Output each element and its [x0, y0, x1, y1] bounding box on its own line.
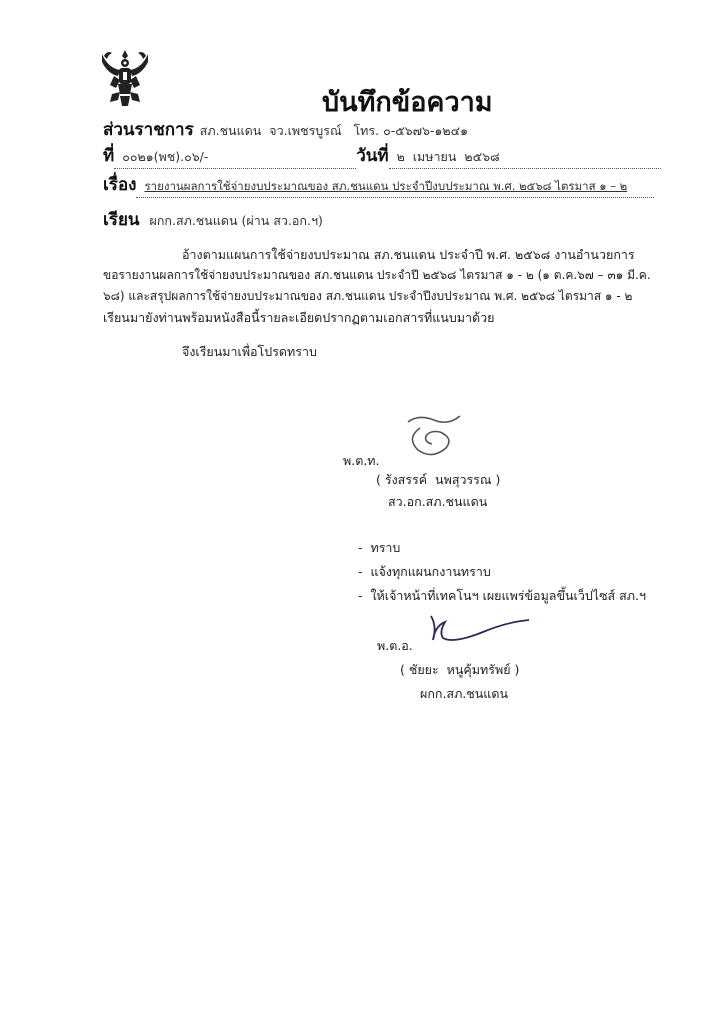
closing-text: จึงเรียนมาเพื่อโปรดทราบ — [182, 341, 317, 362]
to-row: เรียน ผกก.สภ.ชนแดน (ผ่าน สว.อก.ฯ) — [103, 206, 323, 233]
ref-date-row: ที่ ๐๐๒๑(พช).๐๖/- วันที่ ๒ เมษายน ๒๕๖๘ — [103, 142, 661, 169]
department-value: สภ.ชนแดน จว.เพชรบูรณ์ โทร. ๐-๕๖๗๖-๑๒๔๑ — [200, 121, 468, 141]
date-label: วันที่ — [356, 142, 388, 169]
signature-1-name: ( รังสรรค์ นพสุวรรณ ) — [376, 470, 500, 490]
to-label: เรียน — [103, 206, 140, 233]
signature-2-scribble — [425, 610, 535, 655]
signature-2-rank: พ.ต.อ. — [377, 636, 413, 656]
signature-1-rank: พ.ต.ท. — [343, 451, 380, 471]
signature-2-name: ( ชัยยะ หนูคุ้มทรัพย์ ) — [400, 660, 519, 680]
signature-2-position: ผกก.สภ.ชนแดน — [420, 684, 508, 704]
subject-row: เรื่อง รายงานผลการใช้จ่ายงบประมาณของ สภ.… — [103, 171, 654, 198]
signature-1-position: สว.อก.สภ.ชนแดน — [388, 492, 487, 512]
order-item-2: - แจ้งทุกแผนกงานทราบ — [358, 562, 491, 582]
subject-label: เรื่อง — [103, 171, 136, 198]
order-item-1: - ทราบ — [358, 538, 400, 558]
subject-value: รายงานผลการใช้จ่ายงบประมาณของ สภ.ชนแดน ป… — [136, 178, 654, 198]
signature-1-scribble — [398, 410, 468, 460]
department-label: ส่วนราชการ — [103, 116, 194, 143]
ref-value: ๐๐๒๑(พช).๐๖/- — [114, 147, 356, 169]
date-value: ๒ เมษายน ๒๕๖๘ — [389, 147, 661, 169]
body-line-4: เรียนมายังท่านพร้อมหนังสือนี้รายละเอียดป… — [103, 307, 494, 328]
ref-label: ที่ — [103, 142, 114, 169]
garuda-emblem-icon — [98, 46, 152, 108]
department-row: ส่วนราชการ สภ.ชนแดน จว.เพชรบูรณ์ โทร. ๐-… — [103, 116, 468, 143]
body-line-2: ขอรายงานผลการใช้จ่ายงบประมาณของ สภ.ชนแดน… — [103, 265, 651, 286]
body-line-1: อ้างตามแผนการใช้จ่ายงบประมาณ สภ.ชนแดน ปร… — [182, 244, 635, 265]
order-item-3: - ให้เจ้าหน้าที่เทคโนฯ เผยแพร่ข้อมูลขึ้น… — [358, 586, 646, 606]
to-value: ผกก.สภ.ชนแดน (ผ่าน สว.อก.ฯ) — [150, 211, 323, 231]
body-line-3: ๖๘) และสรุปผลการใช้จ่ายงบประมาณของ สภ.ชน… — [103, 286, 632, 307]
